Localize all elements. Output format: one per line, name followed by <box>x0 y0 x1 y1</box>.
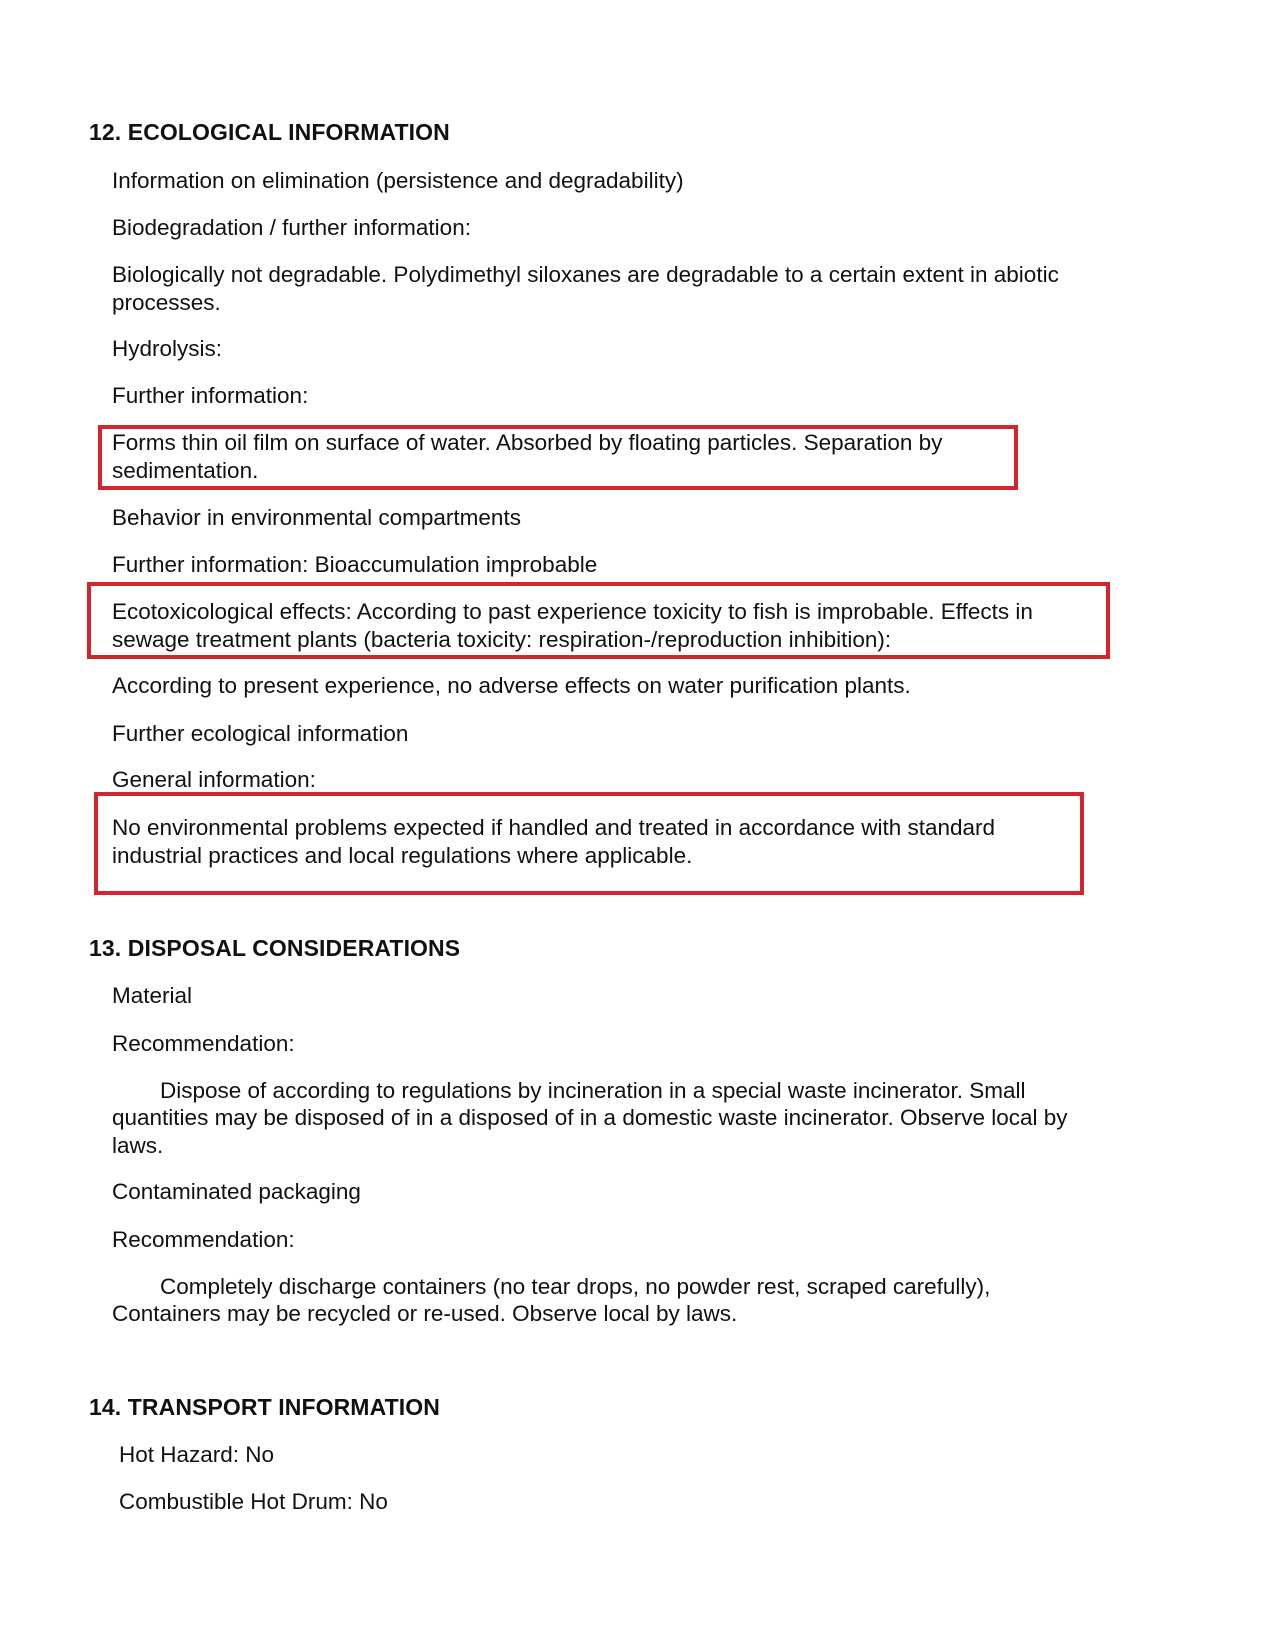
recommendation-label-1: Recommendation: <box>112 1029 295 1058</box>
discharge-text-1: Completely discharge containers (no tear… <box>160 1272 990 1301</box>
general-text-1: No environmental problems expected if ha… <box>112 813 995 842</box>
ecotox-text-2: sewage treatment plants (bacteria toxici… <box>112 625 891 654</box>
dispose-text-2: quantities may be disposed of in a dispo… <box>112 1103 1068 1132</box>
biodegradation-label: Biodegradation / further information: <box>112 213 471 242</box>
section-14-heading: 14. TRANSPORT INFORMATION <box>89 1394 440 1421</box>
discharge-text-2: Containers may be recycled or re-used. O… <box>112 1299 737 1328</box>
general-information-label: General information: <box>112 765 316 794</box>
further-ecological-label: Further ecological information <box>112 719 408 748</box>
general-text-2: industrial practices and local regulatio… <box>112 841 692 870</box>
further-information-label: Further information: <box>112 381 308 410</box>
section-13-heading: 13. DISPOSAL CONSIDERATIONS <box>89 935 460 962</box>
purification-line: According to present experience, no adve… <box>112 671 911 700</box>
recommendation-label-2: Recommendation: <box>112 1225 295 1254</box>
ecotox-text-1: Ecotoxicological effects: According to p… <box>112 597 1033 626</box>
elimination-line: Information on elimination (persistence … <box>112 166 684 195</box>
oil-film-text-1: Forms thin oil film on surface of water.… <box>112 428 942 457</box>
bioaccumulation-line: Further information: Bioaccumulation imp… <box>112 550 597 579</box>
combustible-hot-drum-line: Combustible Hot Drum: No <box>119 1487 388 1516</box>
contaminated-packaging-label: Contaminated packaging <box>112 1177 361 1206</box>
hot-hazard-line: Hot Hazard: No <box>119 1440 274 1469</box>
hydrolysis-label: Hydrolysis: <box>112 334 222 363</box>
biodegradation-text-1: Biologically not degradable. Polydimethy… <box>112 260 1059 289</box>
material-label: Material <box>112 981 192 1010</box>
section-12-heading: 12. ECOLOGICAL INFORMATION <box>89 119 450 146</box>
biodegradation-text-2: processes. <box>112 288 221 317</box>
oil-film-text-2: sedimentation. <box>112 456 258 485</box>
dispose-text-1: Dispose of according to regulations by i… <box>160 1076 1025 1105</box>
dispose-text-3: laws. <box>112 1131 163 1160</box>
behavior-line: Behavior in environmental compartments <box>112 503 521 532</box>
